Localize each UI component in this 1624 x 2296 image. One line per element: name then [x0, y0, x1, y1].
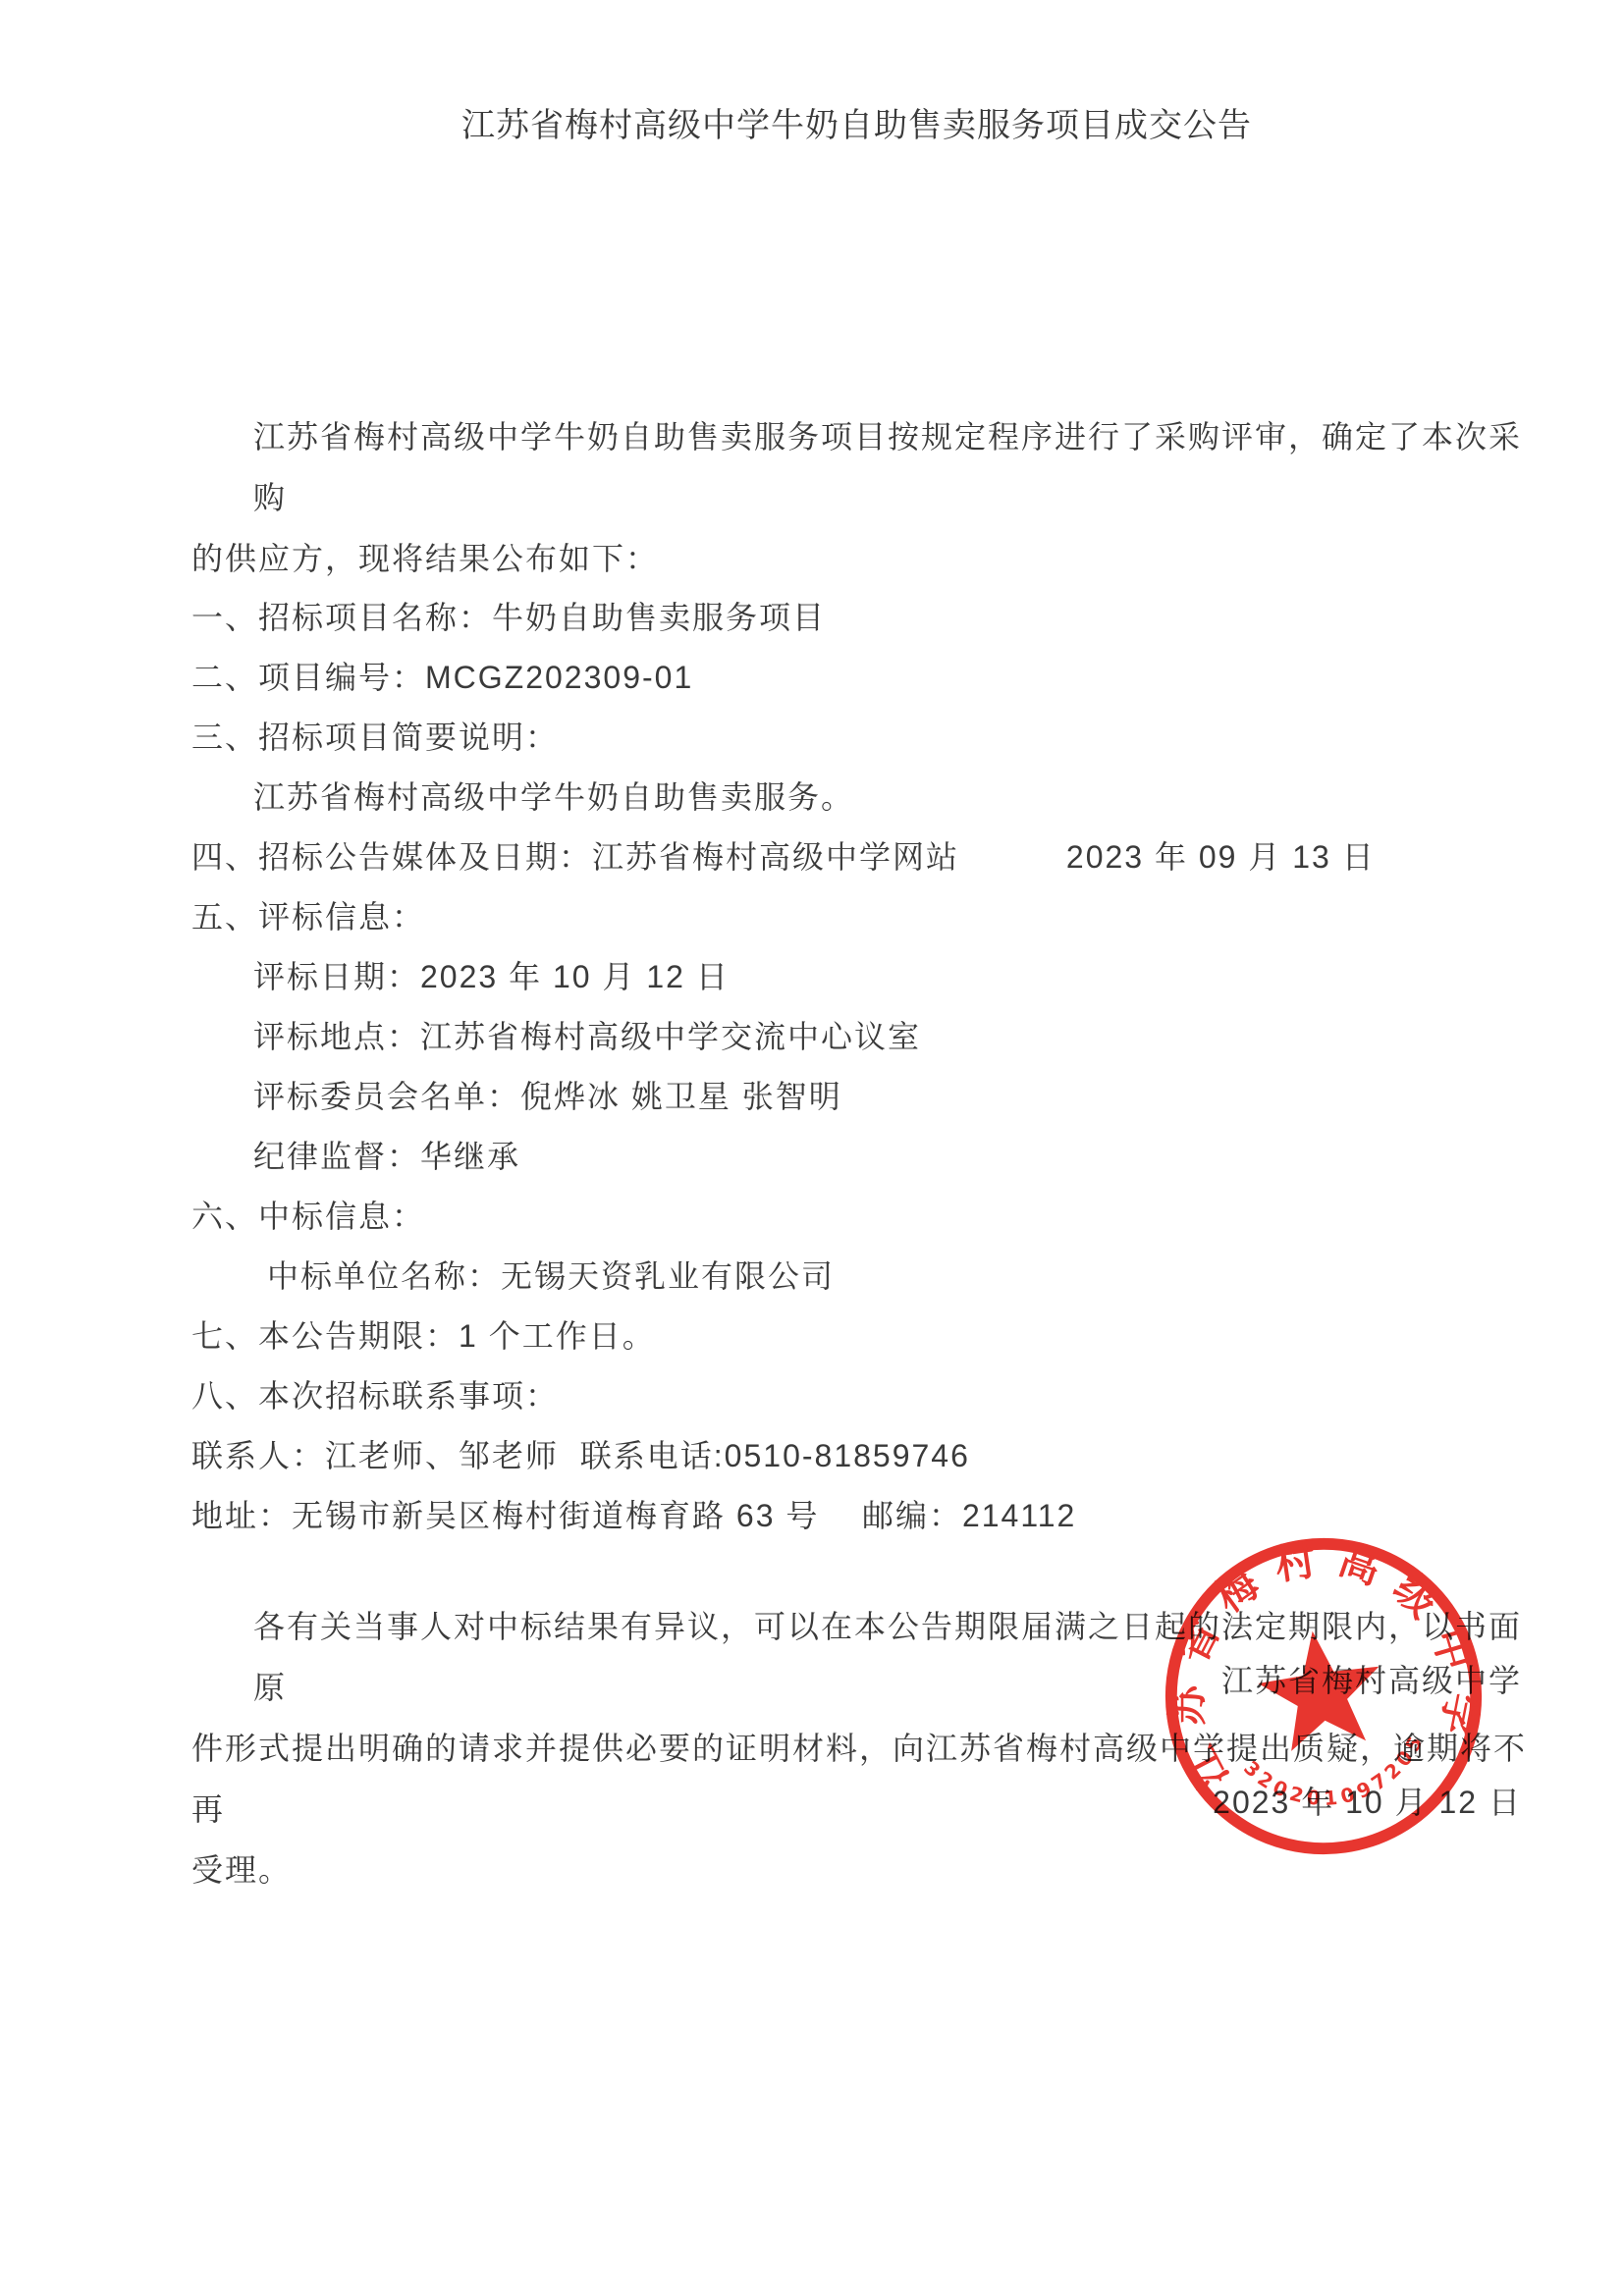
list-item-line: 六、中标信息： — [191, 1187, 1527, 1247]
list-item-line: 四、招标公告媒体及日期：江苏省梅村高级中学网站 2023 年 09 月 13 日 — [191, 828, 1527, 887]
official-seal-stamp: 江苏省梅村高级中学 3202010972055 — [1137, 1510, 1509, 1882]
list-item-line: 江苏省梅村高级中学牛奶自助售卖服务。 — [191, 768, 1527, 828]
list-item-line: 五、评标信息： — [191, 887, 1527, 947]
announcement-document-page: 江苏省梅村高级中学牛奶自助售卖服务项目成交公告 江苏省梅村高级中学牛奶自助售卖服… — [0, 0, 1624, 2296]
list-item-line: 评标委员会名单：倪烨冰 姚卫星 张智明 — [191, 1067, 1527, 1127]
list-item-line: 评标日期：2023 年 10 月 12 日 — [191, 947, 1527, 1007]
list-item-line: 一、招标项目名称：牛奶自助售卖服务项目 — [191, 588, 1527, 648]
list-item-line: 纪律监督：华继承 — [191, 1127, 1527, 1187]
list-item-line: 中标单位名称：无锡天资乳业有限公司 — [191, 1247, 1527, 1307]
list-item-line: 三、招标项目简要说明： — [191, 708, 1527, 768]
document-title: 江苏省梅村高级中学牛奶自助售卖服务项目成交公告 — [191, 104, 1522, 147]
numbered-list: 一、招标项目名称：牛奶自助售卖服务项目二、项目编号：MCGZ202309-01三… — [191, 405, 1527, 1546]
list-item-line: 七、本公告期限：1 个工作日。 — [191, 1307, 1527, 1366]
list-item-line: 评标地点：江苏省梅村高级中学交流中心议室 — [191, 1007, 1527, 1067]
list-item-line: 二、项目编号：MCGZ202309-01 — [191, 648, 1527, 708]
stamp-star-icon — [1252, 1623, 1388, 1754]
